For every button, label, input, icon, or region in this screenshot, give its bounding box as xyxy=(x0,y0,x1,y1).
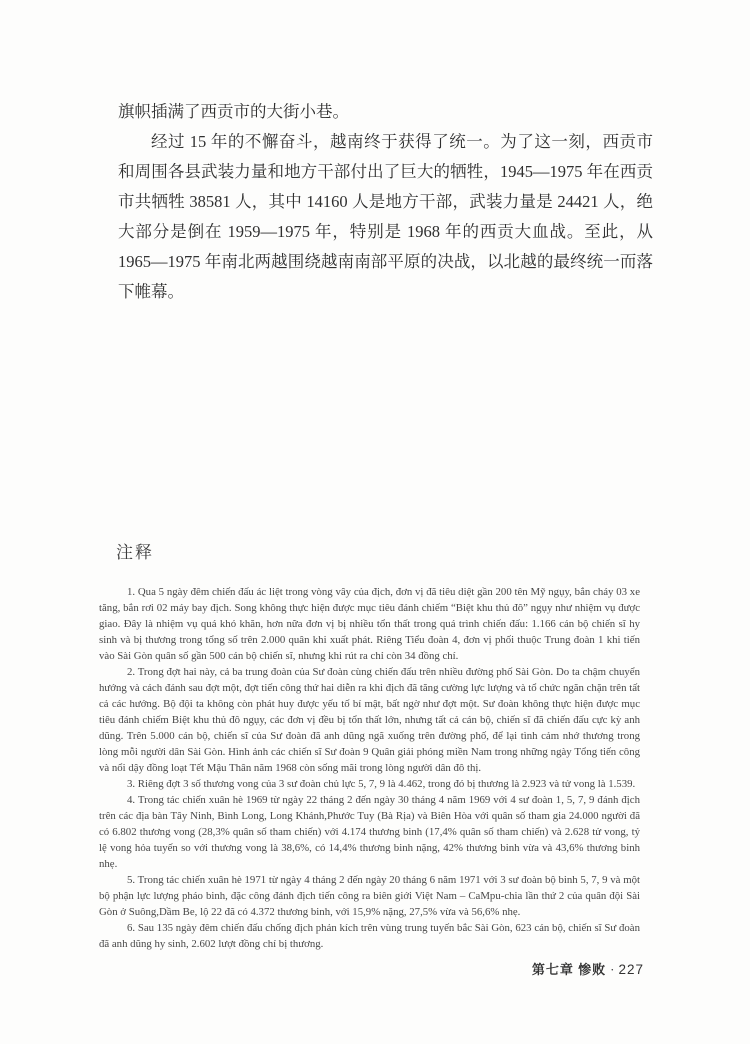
footnote-1: 1. Qua 5 ngày đêm chiến đấu ác liệt tron… xyxy=(99,584,640,664)
footnote-4: 4. Trong tác chiến xuân hè 1969 từ ngày … xyxy=(99,792,640,872)
paragraph: 经过 15 年的不懈奋斗，越南终于获得了统一。为了这一刻，西贡市和周围各县武装力… xyxy=(118,127,653,307)
footer-separator: · xyxy=(606,962,618,977)
page-footer: 第七章 惨败·227 xyxy=(532,959,644,978)
footnote-5: 5. Trong tác chiến xuân hè 1971 từ ngày … xyxy=(99,872,640,920)
footnotes-section: 1. Qua 5 ngày đêm chiến đấu ác liệt tron… xyxy=(99,584,640,952)
page-number: 227 xyxy=(618,962,644,977)
chapter-title: 第七章 惨败 xyxy=(532,962,606,977)
book-page: 旗帜插满了西贡市的大街小巷。 经过 15 年的不懈奋斗，越南终于获得了统一。为了… xyxy=(0,0,750,1044)
footnote-3: 3. Riêng đợt 3 số thương vong của 3 sư đ… xyxy=(99,776,640,792)
footnote-6: 6. Sau 135 ngày đêm chiến đấu chống địch… xyxy=(99,920,640,952)
notes-heading: 注释 xyxy=(116,538,154,563)
paragraph-continued: 旗帜插满了西贡市的大街小巷。 xyxy=(118,97,653,127)
footnote-2: 2. Trong đợt hai này, cả ba trung đoàn c… xyxy=(99,664,640,776)
body-text: 旗帜插满了西贡市的大街小巷。 经过 15 年的不懈奋斗，越南终于获得了统一。为了… xyxy=(118,97,653,307)
